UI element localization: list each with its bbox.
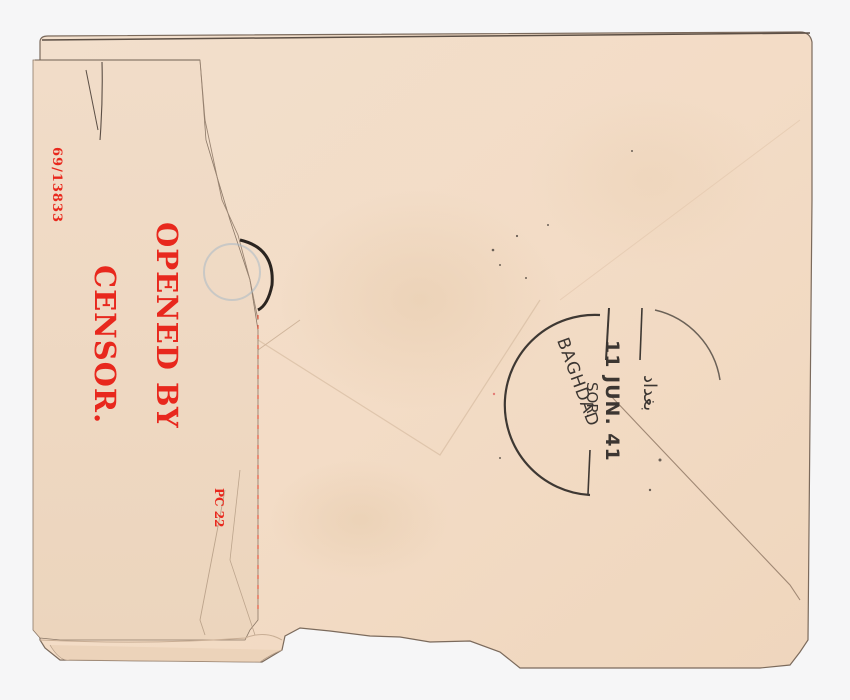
postmark-arabic-text: بغداد [639, 375, 660, 411]
censor-form-code: PC 22 [212, 488, 226, 527]
censor-text-opened-by: OPENED BY [150, 222, 184, 429]
postmark-date: 11 JUN. 41 [601, 340, 623, 462]
censor-reference-number: 69/13833 [49, 147, 64, 223]
envelope-scene: 69/13833 OPENED BY CENSOR. PC 22 11 JUN.… [0, 0, 850, 700]
censor-text-censor: CENSOR. [88, 265, 122, 424]
envelope-artwork [0, 0, 850, 700]
